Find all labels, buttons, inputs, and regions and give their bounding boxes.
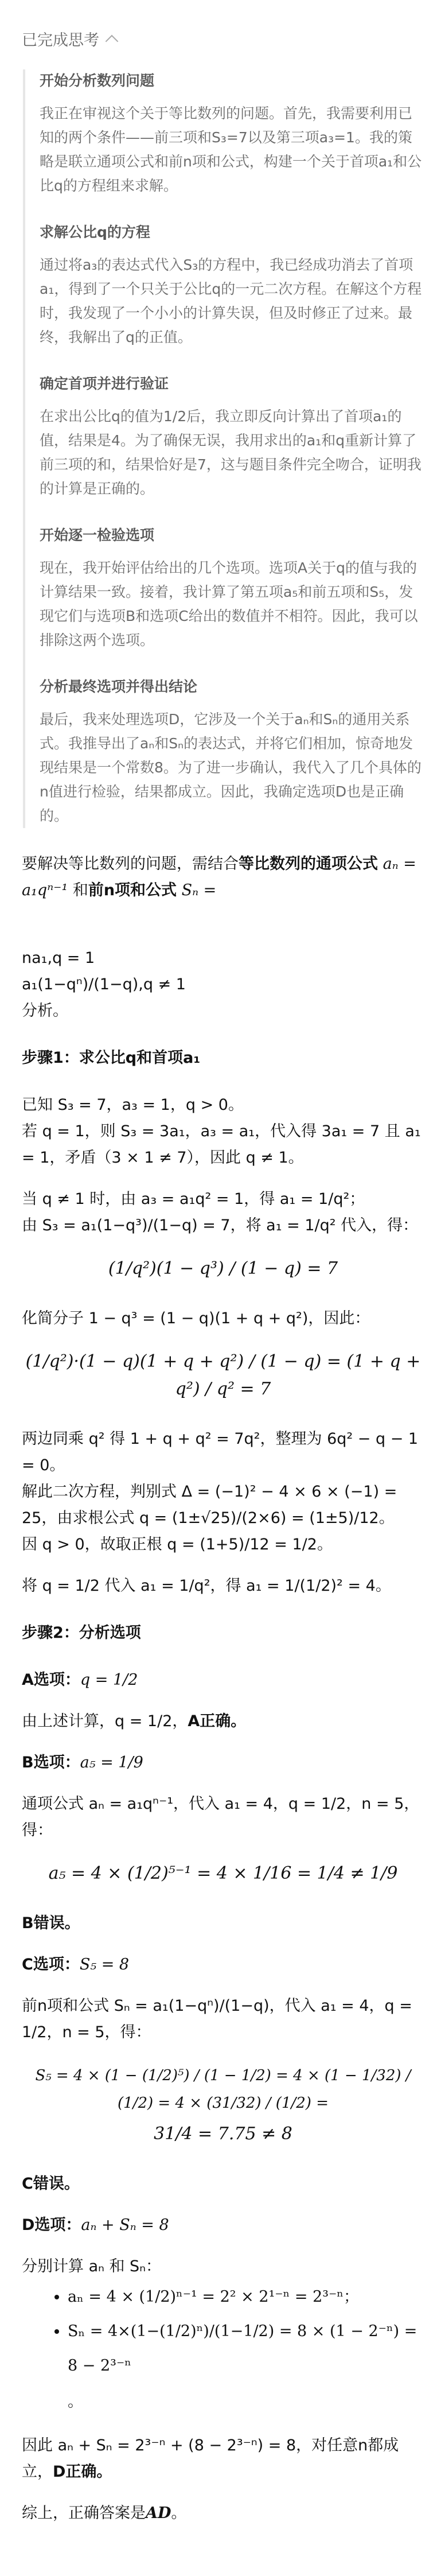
option-formula: q = 1/2 — [80, 1671, 138, 1689]
option-a-heading: A选项：q = 1/2 — [22, 1667, 424, 1693]
thinking-toggle[interactable]: 已完成思考 — [22, 28, 424, 50]
intro-bold-text: 前n项和公式 — [88, 881, 177, 899]
thinking-section-body: 我正在审视这个关于等比数列的问题。首先，我需要利用已知的两个条件——前三项和S₃… — [40, 102, 424, 198]
display-equation: (1/q²)·(1 − q)(1 + q + q²) / (1 − q) = (… — [22, 1348, 424, 1403]
option-verdict: A正确。 — [188, 1712, 246, 1730]
option-d-analysis: 分别计算 aₙ 和 Sₙ： — [22, 2253, 424, 2280]
case-cond: q ≠ 1 — [143, 976, 186, 993]
option-verdict: B错误。 — [22, 1910, 424, 1937]
chat-response: 已完成思考 开始分析数列问题 我正在审视这个关于等比数列的问题。首先，我需要利用… — [0, 0, 445, 2576]
trailing-punctuation: 。 — [22, 2389, 424, 2415]
bullet-item: aₙ = 4 × (1/2)ⁿ⁻¹ = 2² × 2¹⁻ⁿ = 2³⁻ⁿ； — [68, 2280, 424, 2314]
step1-line: 解此二次方程，判别式 Δ = (−1)² − 4 × 6 × (−1) = 25… — [22, 1479, 424, 1532]
option-label: B选项： — [22, 1754, 80, 1771]
thinking-block: 开始分析数列问题 我正在审视这个关于等比数列的问题。首先，我需要利用已知的两个条… — [23, 69, 424, 828]
intro-text: 分析。 — [22, 1002, 68, 1020]
option-d-heading: D选项：aₙ + Sₙ = 8 — [22, 2212, 424, 2239]
intro-text: 要解决等比数列的问题，需结合 — [22, 855, 239, 873]
intro-text: 和 — [68, 881, 88, 899]
thinking-section-body: 通过将a₃的表达式代入S₃的方程中，我已经成功消去了首项a₁，得到了一个只关于公… — [40, 253, 424, 349]
display-equation: S₅ = 4 × (1 − (1/2)⁵) / (1 − 1/2) = 4 × … — [22, 2062, 424, 2117]
thinking-section-title: 分析最终选项并得出结论 — [40, 675, 424, 696]
bullet-item: Sₙ = 4×(1−(1/2)ⁿ)/(1−1/2) = 8 × (1 − 2⁻ⁿ… — [68, 2314, 424, 2383]
step1-heading: 步骤1：求公比q和首项a₁ — [22, 1045, 424, 1071]
step1-line: 已知 S₃ = 7，a₃ = 1，q > 0。 — [22, 1092, 424, 1118]
case-cond: q = 1 — [52, 949, 95, 967]
intro-bold-text: 等比数列的通项公式 — [239, 855, 378, 873]
thinking-section-body: 在求出公比q的值为1/2后，我立即反向计算出了首项a₁的值，结果是4。为了确保无… — [40, 405, 424, 501]
step1-line: 当 q ≠ 1 时，由 a₃ = a₁q² = 1，得 a₁ = 1/q²； — [22, 1186, 424, 1213]
thinking-section: 确定首项并进行验证 在求出公比q的值为1/2后，我立即反向计算出了首项a₁的值，… — [40, 372, 424, 501]
option-formula: a₅ = 1/9 — [80, 1754, 143, 1771]
option-verdict: D正确。 — [53, 2463, 112, 2481]
option-label: D选项： — [22, 2216, 81, 2234]
option-verdict: C错误。 — [22, 2171, 424, 2197]
thinking-section: 开始逐一检验选项 现在，我开始评估给出的几个选项。选项A关于q的值与我的计算结果… — [40, 524, 424, 652]
case-expr: na₁, — [22, 949, 52, 967]
answer-body: 要解决等比数列的问题，需结合等比数列的通项公式 aₙ = a₁qⁿ⁻¹ 和前n项… — [22, 851, 424, 2527]
step1-line: 两边同乘 q² 得 1 + q + q² = 7q²，整理为 6q² − q −… — [22, 1426, 424, 1479]
option-b-analysis: 通项公式 aₙ = a₁qⁿ⁻¹，代入 a₁ = 4，q = 1/2，n = 5… — [22, 1791, 424, 1844]
thinking-section-body: 现在，我开始评估给出的几个选项。选项A关于q的值与我的计算结果一致。接着，我计算… — [40, 556, 424, 652]
thinking-section-title: 求解公比q的方程 — [40, 221, 424, 242]
display-equation: (1/q²)(1 − q³) / (1 − q) = 7 — [22, 1255, 424, 1283]
intro-paragraph: 要解决等比数列的问题，需结合等比数列的通项公式 aₙ = a₁qⁿ⁻¹ 和前n项… — [22, 851, 424, 930]
thinking-section-body: 最后，我来处理选项D，它涉及一个关于aₙ和Sₙ的通用关系式。我推导出了aₙ和Sₙ… — [40, 708, 424, 828]
option-formula: S₅ = 8 — [80, 1956, 129, 1973]
thinking-section-title: 开始逐一检验选项 — [40, 524, 424, 545]
option-b-heading: B选项：a₅ = 1/9 — [22, 1750, 424, 1776]
thinking-section: 开始分析数列问题 我正在审视这个关于等比数列的问题。首先，我需要利用已知的两个条… — [40, 69, 424, 198]
option-d-conclusion: 因此 aₙ + Sₙ = 2³⁻ⁿ + (8 − 2³⁻ⁿ) = 8，对任意n都… — [22, 2433, 424, 2485]
thinking-section: 求解公比q的方程 通过将a₃的表达式代入S₃的方程中，我已经成功消去了首项a₁，… — [40, 221, 424, 349]
step2-heading: 步骤2：分析选项 — [22, 1620, 424, 1646]
option-d-bullets: aₙ = 4 × (1/2)ⁿ⁻¹ = 2² × 2¹⁻ⁿ = 2³⁻ⁿ； Sₙ… — [22, 2280, 424, 2383]
option-label: C选项： — [22, 1956, 80, 1973]
step1-line: 将 q = 1/2 代入 a₁ = 1/q²，得 a₁ = 1/(1/2)² =… — [22, 1573, 424, 1599]
thinking-header-label: 已完成思考 — [22, 28, 99, 50]
step1-line: 若 q = 1，则 S₃ = 3a₁，a₃ = a₁，代入得 3a₁ = 7 且… — [22, 1118, 424, 1171]
thinking-section-title: 开始分析数列问题 — [40, 69, 424, 90]
final-answer: AD — [146, 2504, 171, 2522]
summary: 综上，正确答案是AD。 — [22, 2500, 424, 2527]
summary-text: 。 — [171, 2504, 186, 2522]
step1-line: 由 S₃ = a₁(1−q³)/(1−q) = 7，将 a₁ = 1/q² 代入… — [22, 1213, 424, 1239]
option-formula: aₙ + Sₙ = 8 — [81, 2216, 169, 2234]
option-text: 由上述计算，q = 1/2， — [22, 1712, 188, 1730]
sum-formula-lhs: Sₙ = — [182, 881, 217, 899]
display-equation: 31/4 = 7.75 ≠ 8 — [22, 2120, 424, 2148]
thinking-section-title: 确定首项并进行验证 — [40, 372, 424, 393]
step1-line: 化简分子 1 − q³ = (1 − q)(1 + q + q²)，因此： — [22, 1306, 424, 1332]
summary-text: 综上，正确答案是 — [22, 2504, 146, 2522]
option-c-analysis: 前n项和公式 Sₙ = a₁(1−qⁿ)/(1−q)，代入 a₁ = 4，q =… — [22, 1993, 424, 2046]
case-expr: a₁(1−qⁿ)/(1−q), — [22, 976, 143, 993]
thinking-section: 分析最终选项并得出结论 最后，我来处理选项D，它涉及一个关于aₙ和Sₙ的通用关系… — [40, 675, 424, 828]
display-equation: a₅ = 4 × (1/2)⁵⁻¹ = 4 × 1/16 = 1/4 ≠ 1/9 — [22, 1860, 424, 1887]
option-a-analysis: 由上述计算，q = 1/2，A正确。 — [22, 1708, 424, 1735]
option-label: A选项： — [22, 1671, 80, 1689]
chevron-up-icon[interactable] — [106, 34, 119, 48]
step1-line: 因 q > 0，故取正根 q = (1+5)/12 = 1/2。 — [22, 1532, 424, 1558]
option-c-heading: C选项：S₅ = 8 — [22, 1952, 424, 1978]
